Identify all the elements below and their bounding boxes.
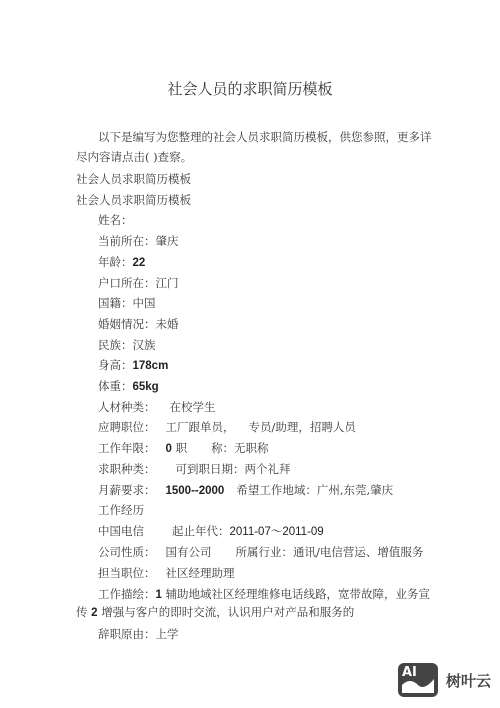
desc-label: 工作描绘： xyxy=(98,587,156,601)
desc-prefix-2: 传 xyxy=(76,605,88,619)
years-suffix: 职 xyxy=(176,441,188,455)
hukou-field: 户口所在：江门 xyxy=(98,276,179,290)
jobtype-label: 求职种类： xyxy=(98,462,156,476)
marital-label: 婚姻情况： xyxy=(98,317,156,331)
company-field: 中国电信起止年代：2011-07～2011-09 xyxy=(98,524,324,539)
ai-logo-icon: AI xyxy=(398,663,438,697)
role-field: 担当职位：社区经理助理 xyxy=(98,566,235,580)
location-field: 当前所在：肇庆 xyxy=(98,234,179,248)
subtitle-2: 社会人员求职简历模板 xyxy=(76,193,191,207)
salary-value: 1500--2000 xyxy=(166,485,225,497)
nature-value: 国有公司 xyxy=(166,545,212,559)
age-label: 年龄： xyxy=(98,255,133,269)
position-label: 应聘职位： xyxy=(98,420,156,434)
document-title: 社会人员的求职简历模板 xyxy=(0,78,500,99)
reason-field: 辞职原由：上学 xyxy=(98,627,179,641)
years-value: 0 xyxy=(166,443,172,455)
weight-value: 65kg xyxy=(133,381,159,393)
desc-text-1: 辅助地域社区经理维修电话线路，宽带故障，业务宣 xyxy=(166,587,431,601)
location-value: 肇庆 xyxy=(156,234,179,248)
desc-num-1: 1 xyxy=(156,589,162,601)
location-label: 当前所在： xyxy=(98,234,156,248)
desc-num-2: 2 xyxy=(91,607,97,619)
name-field: 姓名： xyxy=(98,213,133,227)
nationality-value: 中国 xyxy=(133,296,156,310)
marital-field: 婚姻情况：未婚 xyxy=(98,317,179,331)
years-label: 工作年限： xyxy=(98,441,156,455)
years-field: 工作年限：0 职称：无职称 xyxy=(98,441,269,456)
hukou-value: 江门 xyxy=(156,276,179,290)
intro-line-1: 以下是编写为您整理的社会人员求职简历模板，供您参照，更多详 xyxy=(98,130,432,144)
period-value: 2011-07～2011-09 xyxy=(230,526,324,538)
height-field: 身高：178cm xyxy=(98,358,168,373)
talent-label: 人材种类： xyxy=(98,400,156,414)
height-value: 178cm xyxy=(133,360,169,372)
talent-value: 在校学生 xyxy=(170,400,216,414)
age-value: 22 xyxy=(133,257,146,269)
position-field: 应聘职位：工厂跟单员，专员/助理，招聘人员 xyxy=(98,420,356,434)
hukou-label: 户口所在： xyxy=(98,276,156,290)
description-line-1: 工作描绘：1 辅助地域社区经理维修电话线路，宽带故障，业务宣 xyxy=(98,587,430,602)
description-line-2: 传 2 增强与客户的即时交流，认识用户对产品和服务的 xyxy=(76,605,354,620)
name-label: 姓名： xyxy=(98,213,133,227)
watermark-logo: AI 树叶云 xyxy=(398,660,498,700)
nature-field: 公司性质：国有公司所属行业：通讯/电信营运、增值服务 xyxy=(98,545,423,559)
position-value-2: 专员/助理，招聘人员 xyxy=(249,420,356,434)
salary-field: 月薪要求：1500--2000希望工作地域：广州,东莞,肇庆 xyxy=(98,483,393,498)
jobtype-field: 求职种类：可到职日期：两个礼拜 xyxy=(98,462,291,476)
salary-label: 月薪要求： xyxy=(98,483,156,497)
position-value-1: 工厂跟单员， xyxy=(166,420,235,434)
nationality-label: 国籍： xyxy=(98,296,133,310)
marital-value: 未婚 xyxy=(156,317,179,331)
desc-text-2: 增强与客户的即时交流，认识用户对产品和服务的 xyxy=(101,605,354,619)
height-label: 身高： xyxy=(98,358,133,372)
role-value: 社区经理助理 xyxy=(166,566,235,580)
period-label: 起止年代： xyxy=(172,524,230,538)
nature-label: 公司性质： xyxy=(98,545,156,559)
ethnicity-field: 民族：汉族 xyxy=(98,338,156,352)
talent-field: 人材种类：在校学生 xyxy=(98,400,216,414)
available-label: 可到职日期：两个礼拜 xyxy=(176,462,291,476)
industry-label: 所属行业：通讯/电信营运、增值服务 xyxy=(236,545,424,559)
weight-label: 体重： xyxy=(98,379,133,393)
region-label: 希望工作地域：广州,东莞,肇庆 xyxy=(236,483,393,497)
ethnicity-value: 汉族 xyxy=(133,338,156,352)
experience-heading: 工作经历 xyxy=(98,503,144,517)
nationality-field: 国籍：中国 xyxy=(98,296,156,310)
weight-field: 体重：65kg xyxy=(98,379,159,394)
age-field: 年龄：22 xyxy=(98,255,145,270)
ethnicity-label: 民族： xyxy=(98,338,133,352)
mountain-icon xyxy=(398,663,438,697)
subtitle-1: 社会人员求职简历模板 xyxy=(76,172,191,186)
intro-line-2: 尽内容请点击( )查察。 xyxy=(76,150,192,164)
company-name: 中国电信 xyxy=(98,524,144,538)
brand-name: 树叶云 xyxy=(446,670,491,691)
role-label: 担当职位： xyxy=(98,566,156,580)
title-label: 称：无职称 xyxy=(211,441,269,455)
